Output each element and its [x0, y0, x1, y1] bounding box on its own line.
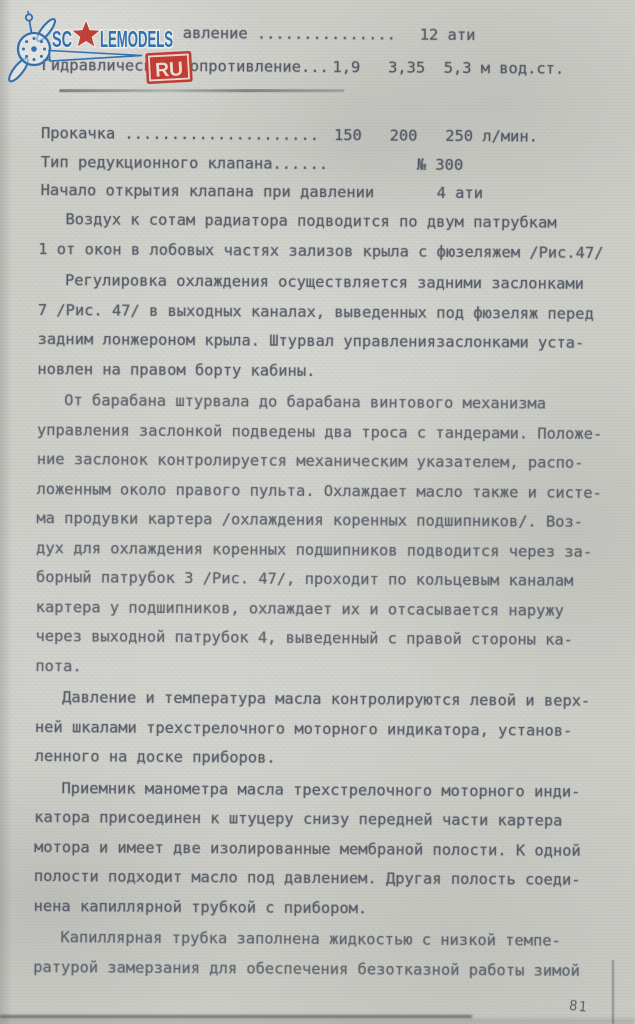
- spec-value: 150 200 250 л/мин.: [334, 126, 538, 145]
- paragraph: Капиллярная трубка заполнена жидкостью с…: [33, 923, 611, 986]
- spec-value: 4 ати: [437, 184, 483, 202]
- watermark-logo: SC LEMODELS RU: [0, 8, 200, 108]
- typewritten-content: авление ............... 12 ати Гидравлич…: [0, 0, 635, 1024]
- paragraph: Давление и температура масла контролирую…: [35, 683, 614, 776]
- scan-artifact-bottom-line: [0, 1015, 472, 1018]
- page-number: 81: [568, 998, 589, 1016]
- paragraph: От барабана штурвала до барабана винтово…: [35, 386, 615, 685]
- paragraph: Воздух к сотам радиатора подводится по д…: [38, 205, 616, 268]
- spec-label: Начало открытия клапана при давлении: [41, 181, 375, 201]
- spec-label: авление ...............: [183, 24, 396, 43]
- ru-badge: RU: [145, 51, 193, 84]
- spec-label: Тип редукционного клапана......: [41, 153, 328, 173]
- scan-artifact-bottom-band: [0, 1019, 635, 1024]
- spec-table: авление ............... 12 ати Гидравлич…: [0, 0, 635, 2]
- brand-text-sc: SC: [52, 26, 72, 52]
- spec-label: Прокачка .....................: [41, 124, 319, 144]
- brand-text-models: LEMODELS: [100, 26, 173, 52]
- paragraph: Регулировка охлаждения осуществляется за…: [37, 266, 616, 388]
- spec-value: 12 ати: [420, 26, 476, 44]
- paragraph: Приемник манометра масла трехстрелочного…: [34, 774, 613, 926]
- red-star-icon: [73, 21, 100, 46]
- scan-artifact-right-line: [612, 960, 614, 1024]
- spec-value: № 300: [417, 156, 463, 174]
- brand-text-ru: RU: [155, 58, 184, 81]
- body-text: Воздух к сотам радиатора подводится по д…: [33, 205, 616, 988]
- spec-value: 1,9 3,35 5,3 м вод.ст.: [332, 58, 564, 78]
- document-page: авление ............... 12 ати Гидравлич…: [0, 0, 635, 1024]
